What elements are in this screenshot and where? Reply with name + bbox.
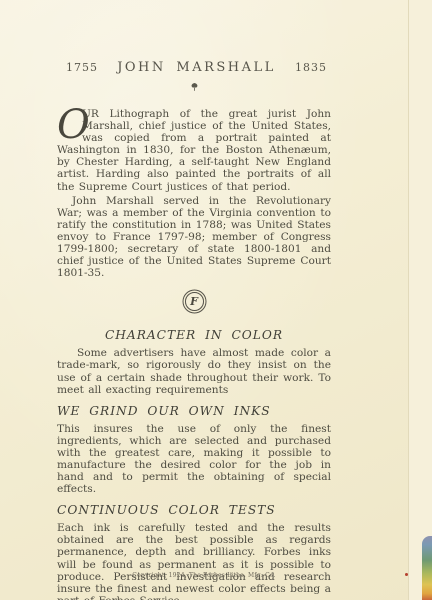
page-header: 1755 JOHN MARSHALL 1835 xyxy=(57,60,331,75)
intro-paragraph-1: OUR Lithograph of the great jurist John … xyxy=(57,108,331,193)
intro-paragraph-1-text: UR Lithograph of the great jurist John M… xyxy=(57,108,331,193)
drop-cap: O xyxy=(57,108,82,142)
birth-year: 1755 xyxy=(57,61,98,74)
logo-row: F xyxy=(57,290,331,313)
fleuron-icon xyxy=(190,82,199,92)
color-plate-corner xyxy=(422,536,432,600)
section-body-character-in-color: Some advertisers have almost made color … xyxy=(57,347,331,395)
page-edge-crease xyxy=(408,0,432,600)
section-heading-continuous-color-tests: CONTINUOUS COLOR TESTS xyxy=(57,503,331,517)
copyright-line: Copyright, 1924, The Forbes Litho. Mfg. … xyxy=(0,572,408,579)
intro-paragraph-2: John Marshall served in the Revolutionar… xyxy=(57,195,331,280)
forbes-monogram-icon: F xyxy=(185,292,204,311)
page-title: JOHN MARSHALL xyxy=(98,60,295,75)
section-body-we-grind-our-own-inks: This insures the use of only the finest … xyxy=(57,423,331,496)
death-year: 1835 xyxy=(295,61,331,74)
section-heading-we-grind-our-own-inks: WE GRIND OUR OWN INKS xyxy=(57,404,331,418)
section-heading-character-in-color: CHARACTER IN COLOR xyxy=(57,328,331,342)
header-ornament-row xyxy=(57,82,331,93)
section-body-continuous-color-tests: Each ink is carefully tested and the res… xyxy=(57,522,331,600)
text-column: 1755 JOHN MARSHALL 1835 OUR Lithograph o… xyxy=(57,0,331,600)
book-page: 1755 JOHN MARSHALL 1835 OUR Lithograph o… xyxy=(0,0,432,600)
